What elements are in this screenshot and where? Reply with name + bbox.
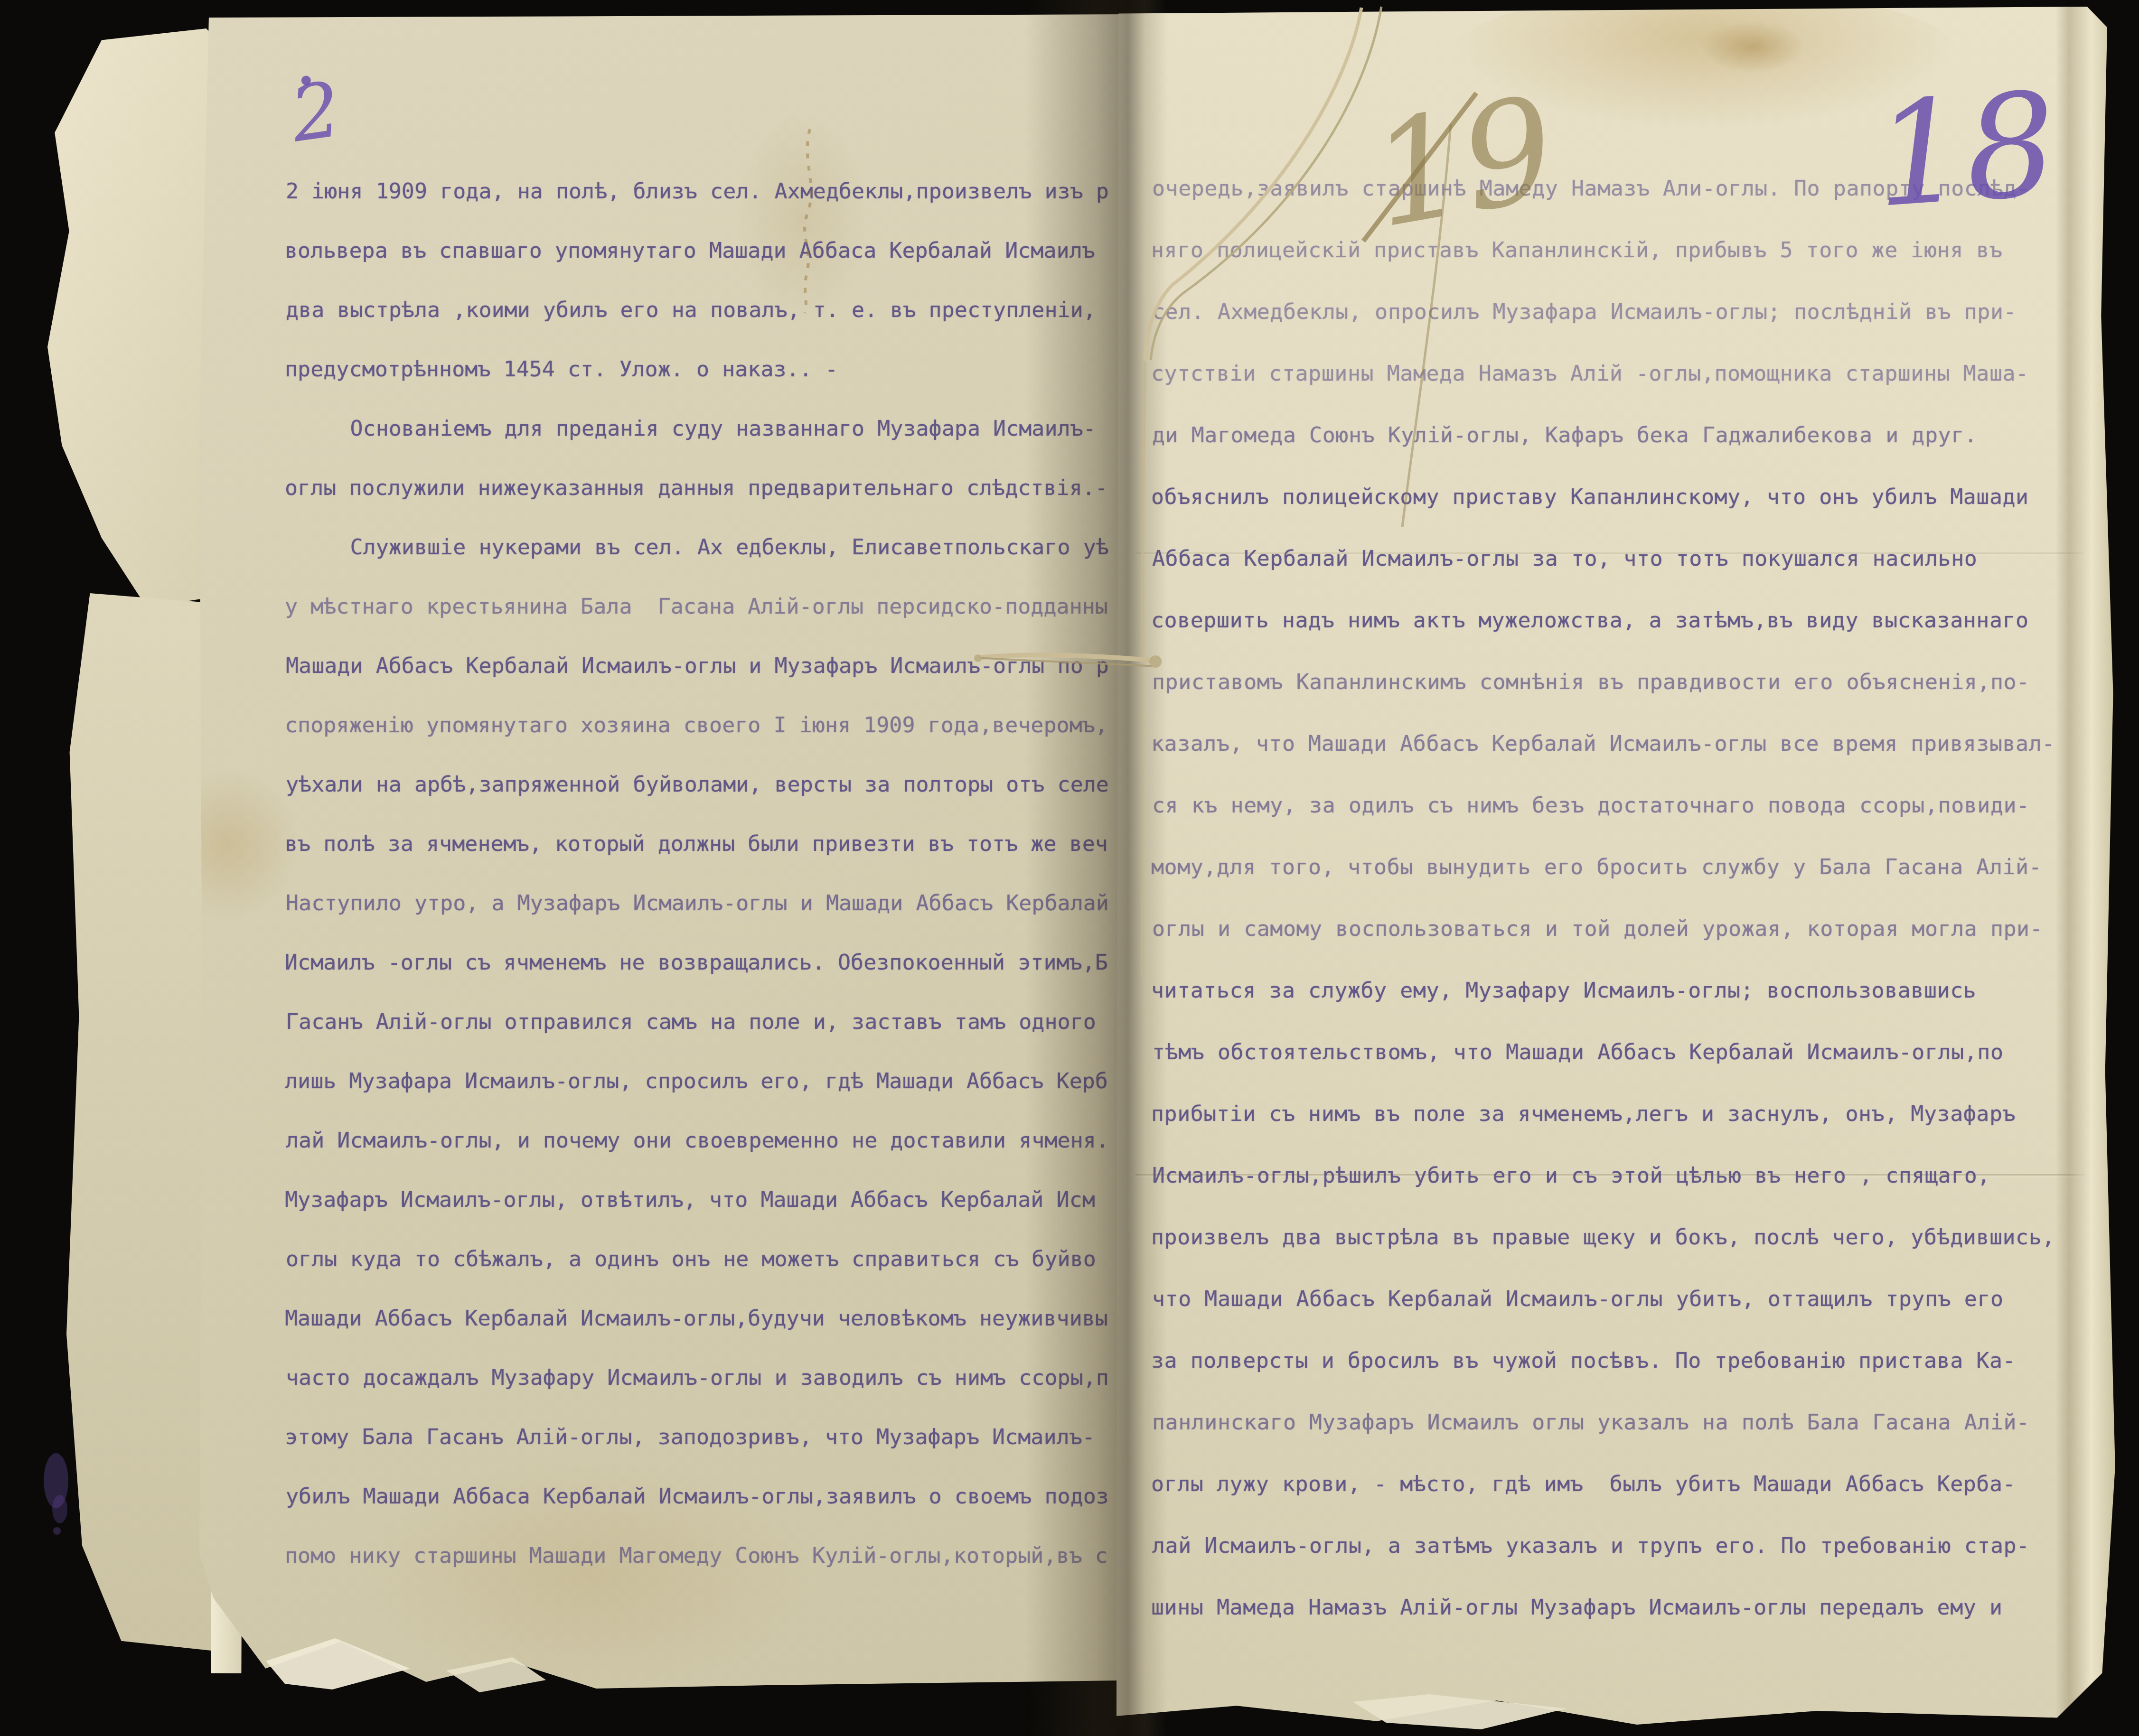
typed-line: сел. Ахмедбеклы, опросилъ Музафара Исмаи… [1152, 281, 2056, 343]
typed-line: часто досаждалъ Музафару Исмаилъ-оглы и … [286, 1348, 1109, 1407]
typed-line: въ полѣ за ячменемъ, который должны были… [285, 814, 1108, 873]
typed-line: Аббаса Кербалай Исмаилъ-оглы за то, что … [1152, 528, 2056, 589]
typed-line: оглы послужили нижеуказанныя данныя пред… [285, 458, 1108, 517]
typed-line: Служившіе нукерами въ сел. Ах едбеклы, Е… [286, 517, 1109, 577]
right-page: очередь,заявилъ старшинѣ Мамеду Намазъ А… [1116, 7, 2117, 1725]
ink-smudge [44, 1453, 68, 1535]
left-page: 2 іюня 1909 года, на полѣ, близъ сел. Ах… [199, 14, 1144, 1689]
typed-line: Машади Аббасъ Кербалай Исмаилъ-оглы и Му… [286, 636, 1109, 695]
typed-text-left-page: 2 іюня 1909 года, на полѣ, близъ сел. Ах… [285, 161, 1108, 1585]
typed-line: ди Магомеда Союнъ Кулій-оглы, Кафаръ бек… [1152, 404, 2056, 466]
typed-line: Гасанъ Алій-оглы отправился самъ на поле… [286, 992, 1109, 1051]
photographed-archive-spread: 2 іюня 1909 года, на полѣ, близъ сел. Ах… [0, 0, 2139, 1736]
typed-line: ся къ нему, за одилъ съ нимъ безъ достат… [1152, 775, 2056, 836]
typed-line: Основаніемъ для преданія суду названнаго… [286, 399, 1109, 458]
paper-stain [1700, 21, 1805, 73]
typed-line: оглы куда то сбѣжалъ, а одинъ онъ не мож… [286, 1229, 1109, 1288]
typed-line: Исмаилъ-оглы,рѣшилъ убить его и съ этой … [1152, 1145, 2056, 1206]
typed-line: мому,для того, чтобы вынудить его бросит… [1151, 836, 2055, 898]
typed-line: Машади Аббасъ Кербалай Исмаилъ-оглы,буду… [285, 1288, 1108, 1348]
typed-line: объяснилъ полицейскому приставу Капанлин… [1151, 466, 2055, 528]
typed-line: у мѣстнаго крестьянина Бала Гасана Алій-… [285, 577, 1108, 636]
typed-line: сутствіи старшины Мамеда Намазъ Алій -ог… [1151, 343, 2055, 404]
torn-underpage-strip [66, 593, 223, 1652]
typed-line: лай Исмаилъ-оглы, а затѣмъ указалъ и тру… [1152, 1515, 2056, 1577]
typed-line: 2 іюня 1909 года, на полѣ, близъ сел. Ах… [286, 161, 1109, 221]
typed-line: Исмаилъ -оглы съ ячменемъ не возвращалис… [285, 933, 1108, 992]
typed-line: этому Бала Гасанъ Алій-оглы, заподозривъ… [285, 1407, 1108, 1466]
paper-stain [1449, 0, 1961, 130]
typed-line: читаться за службу ему, Музафару Исмаилъ… [1151, 960, 2055, 1021]
typed-line: очередь,заявилъ старшинѣ Мамеду Намазъ А… [1152, 158, 2056, 219]
typed-line: вольвера въ спавшаго упомянутаго Машади … [285, 221, 1108, 280]
typed-line: приставомъ Капанлинскимъ сомнѣнія въ пра… [1152, 651, 2056, 713]
typed-line: совершить надъ нимъ актъ мужеложства, а … [1151, 589, 2055, 651]
typed-line: за полверсты и бросилъ въ чужой посѣвъ. … [1151, 1330, 2055, 1391]
typed-line: убилъ Машади Аббаса Кербалай Исмаилъ-огл… [286, 1466, 1109, 1526]
typed-line: няго полицейскій приставъ Капанлинскій, … [1151, 219, 2055, 281]
typed-line: предусмотрѣнномъ 1454 ст. Улож. о наказ.… [285, 339, 1108, 399]
typed-line: два выстрѣла ,коими убилъ его на повалъ,… [286, 280, 1109, 339]
typed-line: споряженію упомянутаго хозяина своего I … [285, 695, 1108, 755]
typed-line: Наступило утро, а Музафаръ Исмаилъ-оглы … [286, 873, 1109, 933]
typed-line: оглы и самому воспользоваться и той доле… [1152, 898, 2056, 960]
typed-line: уѣхали на арбѣ,запряженной буйволами, ве… [286, 755, 1109, 814]
typed-text-right-page: очередь,заявилъ старшинѣ Мамеду Намазъ А… [1151, 158, 2055, 1638]
typed-line: лишь Музафара Исмаилъ-оглы, спросилъ его… [285, 1051, 1108, 1111]
typed-line: прибытіи съ нимъ въ поле за ячменемъ,лег… [1151, 1083, 2055, 1145]
typed-line: лай Исмаилъ-оглы, и почему они своевреме… [286, 1111, 1109, 1170]
typed-line: что Машади Аббасъ Кербалай Исмаилъ-оглы … [1152, 1268, 2056, 1330]
typed-line: шины Мамеда Намазъ Алій-оглы Музафаръ Ис… [1151, 1577, 2055, 1638]
typed-line: произвелъ два выстрѣла въ правые щеку и … [1151, 1206, 2055, 1268]
typed-line: тѣмъ обстоятельствомъ, что Машади Аббасъ… [1152, 1021, 2056, 1083]
typed-line: Музафаръ Исмаилъ-оглы, отвѣтилъ, что Маш… [285, 1170, 1108, 1229]
typed-line: помо нику старшины Машади Магомеду Союнъ… [285, 1526, 1108, 1585]
page-edge-curl [2055, 7, 2117, 1725]
typed-line: казалъ, что Машади Аббасъ Кербалай Исмаи… [1151, 713, 2055, 775]
typed-line: оглы лужу крови, - мѣсто, гдѣ имъ былъ у… [1151, 1453, 2055, 1515]
typed-line: панлинскаго Музафаръ Исмаилъ оглы указал… [1152, 1391, 2056, 1453]
